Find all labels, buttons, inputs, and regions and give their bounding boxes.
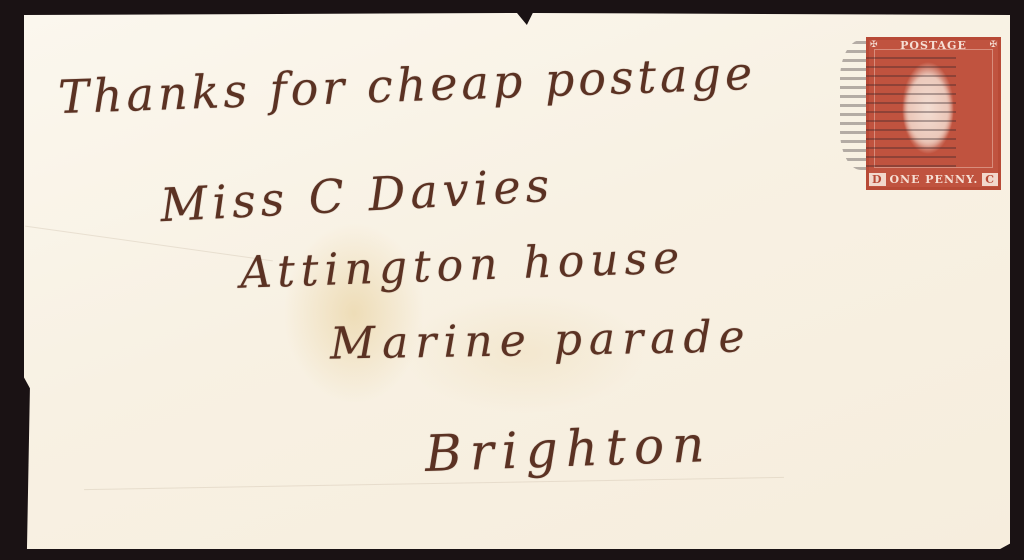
address-street: Marine parade	[330, 311, 752, 369]
penny-red-stamp: ✠ ✠ POSTAGE D ONE PENNY. C	[866, 37, 1001, 190]
stamp-check-letter-left: D	[869, 173, 886, 186]
stamp-value-label: ONE PENNY.	[889, 173, 978, 186]
stamp-check-letter-right: C	[982, 173, 998, 186]
paper-crease	[25, 226, 273, 262]
stamp-cancel-bars	[866, 57, 956, 167]
stamp-postage-label: POSTAGE	[866, 39, 1001, 52]
stamp-value-row: D ONE PENNY. C	[866, 171, 1001, 187]
address-town: Brighton	[424, 415, 713, 483]
